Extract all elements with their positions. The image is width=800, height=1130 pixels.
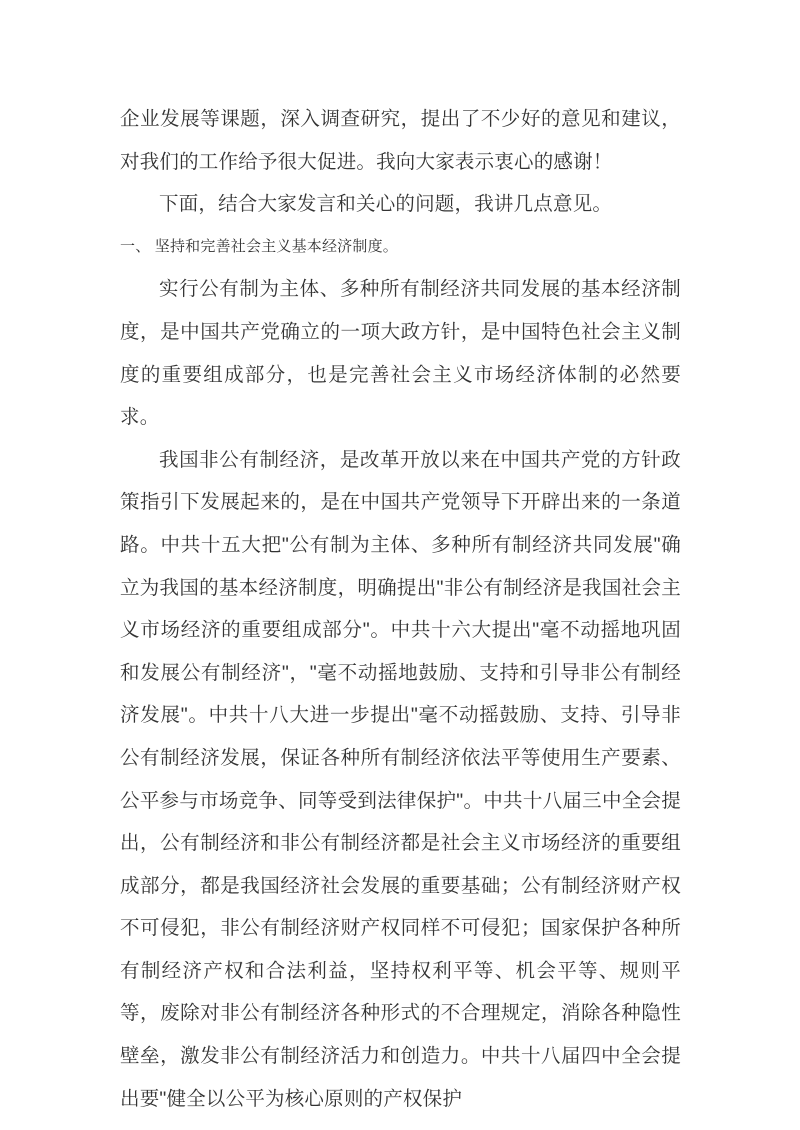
paragraph: 我国非公有制经济，是改革开放以来在中国共产党的方针政策指引下发展起来的，是在中国… [120,439,681,1121]
paragraph-continuation: 企业发展等课题，深入调查研究，提出了不少好的意见和建议，对我们的工作给予很大促进… [120,98,681,183]
paragraph: 下面，结合大家发言和关心的问题，我讲几点意见。 [120,183,681,226]
section-heading: 一、 坚持和完善社会主义基本经济制度。 [120,226,681,269]
document-body: 企业发展等课题，深入调查研究，提出了不少好的意见和建议，对我们的工作给予很大促进… [120,98,681,1120]
paragraph: 实行公有制为主体、多种所有制经济共同发展的基本经济制度，是中国共产党确立的一项大… [120,268,681,438]
document-page: 企业发展等课题，深入调查研究，提出了不少好的意见和建议，对我们的工作给予很大促进… [0,0,800,1130]
